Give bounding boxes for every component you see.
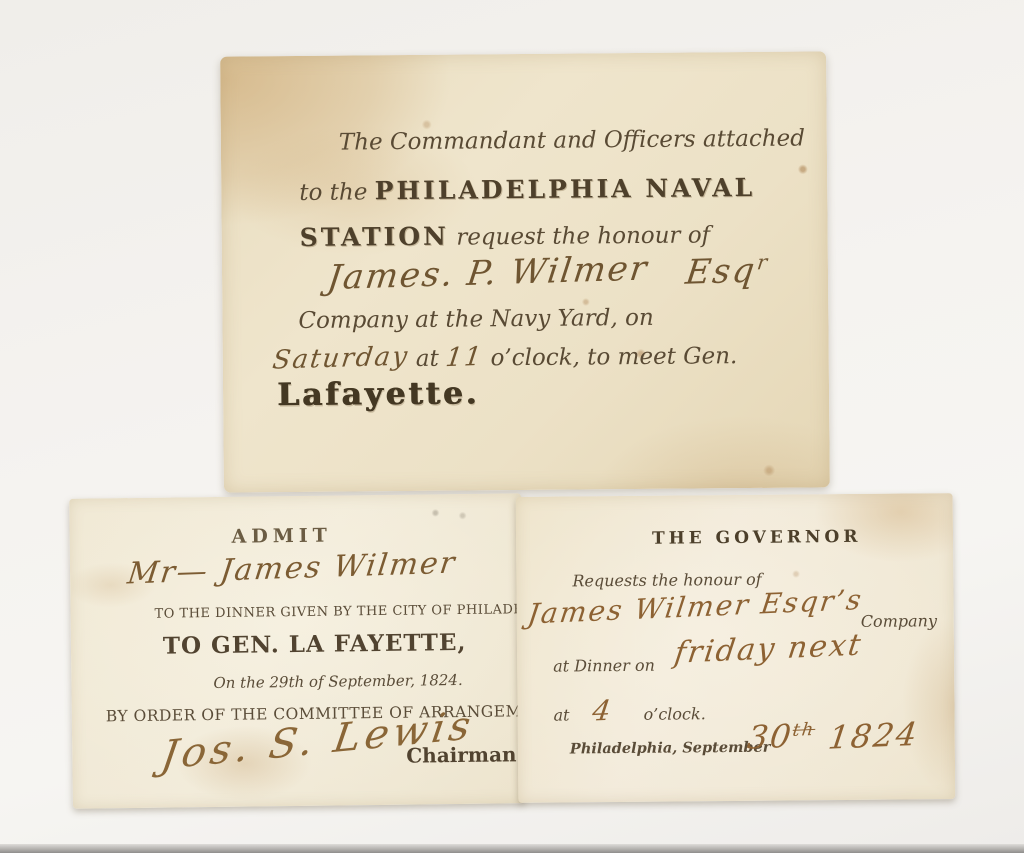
naval-philadelphia-naval-text: PHILADELPHIA NAVAL <box>375 173 756 205</box>
governor-date-ordinal: th <box>791 720 816 741</box>
naval-request-honour-text: request the honour of <box>456 222 710 250</box>
admit-date-line: On the 29th of September, 1824. <box>213 672 463 692</box>
governor-recipient-handwritten: James Wilmer Esqr’s <box>529 590 863 625</box>
naval-recipient-handwritten: James. P. Wilmer Esqr <box>328 252 769 295</box>
governor-day-text: friday next <box>672 629 864 672</box>
admit-dinner-given-line: TO THE DINNER GIVEN BY THE CITY OF PHILA… <box>154 603 573 623</box>
naval-station-invitation-card: The Commandant and Officers attached to … <box>220 51 830 492</box>
governor-dinner-invitation-card: THE GOVERNOR Requests the honour of Jame… <box>516 493 956 803</box>
governor-at-text: at <box>553 705 569 724</box>
governor-date-day: 30 <box>745 718 795 757</box>
naval-oclock-meet-gen-text: o’clock, to meet Gen. <box>490 343 737 371</box>
governor-title: THE GOVERNOR <box>652 528 862 549</box>
naval-line-to-the-philadelphia-naval: to the PHILADELPHIA NAVAL <box>299 174 755 207</box>
naval-recipient-esquire: Esqr <box>684 251 771 293</box>
naval-station-text: STATION <box>300 222 449 252</box>
naval-line-company-navy-yard: Company at the Navy Yard, on <box>298 305 654 335</box>
naval-day-handwritten: Saturday <box>271 343 411 377</box>
governor-company-word: Company <box>861 612 937 631</box>
governor-hour-handwritten: 4 <box>590 695 614 728</box>
city-dinner-admit-ticket: ADMIT Mr— James Wilmer TO THE DINNER GIV… <box>69 493 525 808</box>
governor-recipient-name: James Wilmer Esqr’s <box>526 584 865 631</box>
governor-hour-line: at 4 o’clock. <box>553 694 705 728</box>
naval-recipient-name: James. P. Wilmer <box>325 250 651 299</box>
admit-title: ADMIT <box>231 526 332 549</box>
governor-oclock-text: o’clock. <box>643 704 705 724</box>
admit-recipient-name: Mr— James Wilmer <box>125 547 458 592</box>
naval-esq-text: Esq <box>684 251 759 293</box>
naval-hour-handwritten: 11 <box>444 343 485 374</box>
admit-chairman-title: Chairman. <box>406 743 523 767</box>
naval-lafayette-blackletter: Lafayette. <box>277 376 480 413</box>
photograph-of-lafayette-invitation-cards: The Commandant and Officers attached to … <box>0 0 1024 853</box>
admit-to-gen-lafayette-line: TO GEN. LA FAYETTE, <box>163 630 467 660</box>
naval-esq-superscript: r <box>756 250 771 274</box>
governor-place-line: Philadelphia, September <box>570 740 771 758</box>
governor-day-handwritten: friday next <box>675 632 862 668</box>
naval-line-day-time: Saturday at 11 o’clock, to meet Gen. <box>273 341 738 375</box>
naval-at-text: at <box>416 346 439 372</box>
governor-at-dinner-on-line: at Dinner on <box>553 657 655 676</box>
governor-date-year: 1824 <box>826 716 921 757</box>
photo-bottom-table-edge <box>0 844 1024 853</box>
naval-to-the-text: to the <box>299 179 367 206</box>
naval-line-commandant: The Commandant and Officers attached <box>339 126 805 157</box>
governor-date-handwritten: 30th1824 <box>748 717 919 755</box>
admit-recipient-handwritten: Mr— James Wilmer <box>128 550 456 589</box>
